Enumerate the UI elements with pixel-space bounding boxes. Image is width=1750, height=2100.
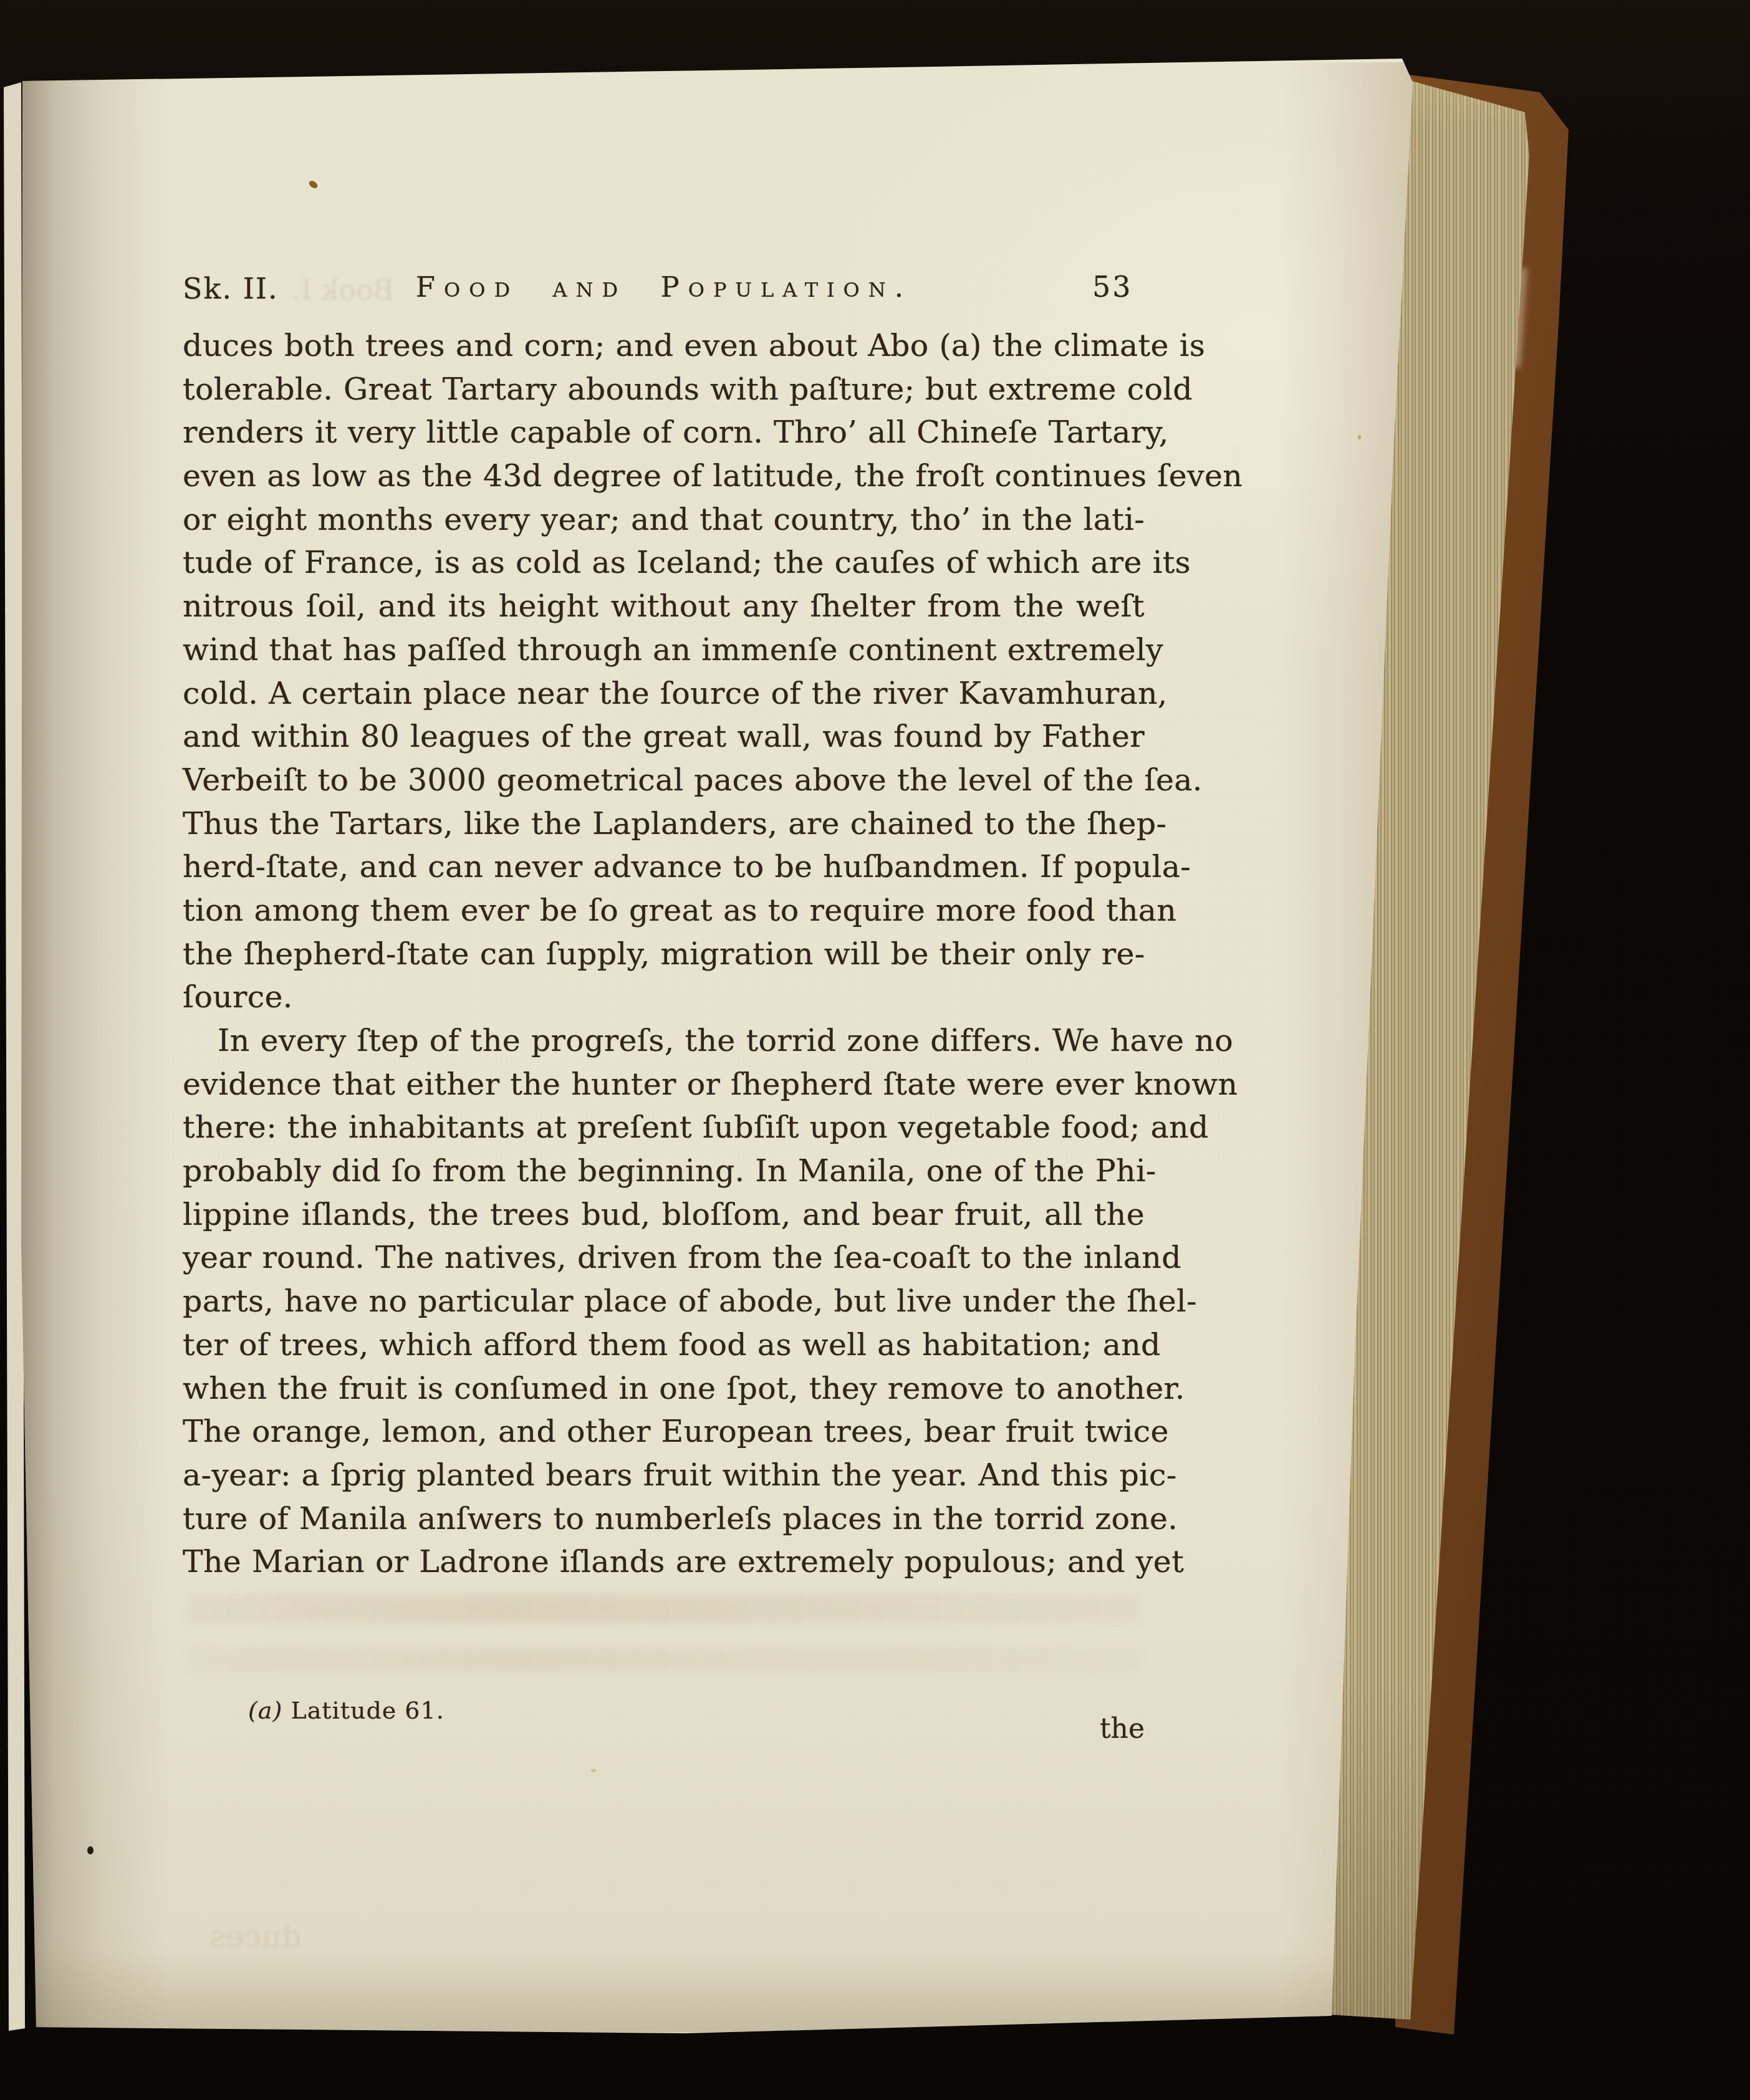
text-line: Verbeiſt to be 3000 geometrical paces ab… — [183, 759, 1145, 802]
text-line: a-year: a ſprig planted bears fruit with… — [183, 1454, 1145, 1497]
text-line: The orange, lemon, and other European tr… — [183, 1410, 1145, 1454]
paper-speck — [307, 180, 319, 190]
header-page-number: 53 — [1092, 270, 1133, 304]
text-line: renders it very little capable of corn. … — [183, 411, 1145, 454]
text-line: even as low as the 43d degree of latitud… — [183, 454, 1145, 498]
text-line: and within 80 leagues of the great wall,… — [183, 715, 1145, 759]
text-line: nitrous ſoil, and its height without any… — [183, 585, 1145, 628]
text-line: wind that has paſſed through an immenſe … — [183, 628, 1145, 672]
gutter-shadow — [21, 69, 171, 2038]
header-section-label: Sk. II. — [183, 272, 279, 305]
text-line: lippine iſlands, the trees bud, bloſſom,… — [183, 1193, 1145, 1237]
text-line: probably did ſo from the beginning. In M… — [183, 1149, 1145, 1193]
text-line: when the fruit is conſumed in one ſpot, … — [183, 1367, 1145, 1411]
text-line: or eight months every year; and that cou… — [183, 498, 1145, 542]
text-line: tolerable. Great Tartary abounds with pa… — [183, 368, 1145, 411]
text-line: parts, have no particular place of abode… — [183, 1280, 1145, 1323]
text-line: ter of trees, which afford them food as … — [183, 1323, 1145, 1367]
text-line: herd-ſtate, and can never advance to be … — [183, 845, 1145, 889]
show-through-blur — [187, 1647, 1141, 1672]
footnote: (a) Latitude 61. — [248, 1697, 445, 1724]
text-line: duces both trees and corn; and even abou… — [183, 324, 1145, 368]
text-line: tion among them ever be ſo great as to r… — [183, 889, 1145, 933]
body-text: duces both trees and corn; and even abou… — [183, 324, 1145, 1584]
book-photo: Book I. duces Sk. II. Food and Populatio… — [0, 0, 1750, 2100]
paper-speck — [87, 1846, 94, 1854]
paper-speck — [591, 1769, 596, 1772]
header-title: Food and Population. — [374, 271, 954, 304]
show-through-blur — [187, 1594, 1141, 1623]
text-line: tude of France, is as cold as Iceland; t… — [183, 541, 1145, 585]
footnote-marker: (a) — [248, 1697, 282, 1724]
page-bottom-shading — [25, 1951, 1384, 2032]
text-line: year round. The natives, driven from the… — [183, 1236, 1145, 1280]
text-line: cold. A certain place near the ſource of… — [183, 672, 1145, 716]
text-line: Thus the Tartars, like the Laplanders, a… — [183, 802, 1145, 846]
text-line: ture of Manila anſwers to numberleſs pla… — [183, 1497, 1145, 1541]
paper-speck — [1358, 435, 1361, 439]
show-through-text: duces — [209, 1919, 301, 1955]
text-line: evidence that either the hunter or ſheph… — [183, 1063, 1145, 1106]
text-line: there: the inhabitants at preſent ſubſiſ… — [183, 1106, 1145, 1149]
text-line: ſource. — [183, 976, 1145, 1019]
text-line: The Marian or Ladrone iſlands are extrem… — [183, 1540, 1145, 1584]
text-line: the ſhepherd-ſtate can ſupply, migration… — [183, 933, 1145, 976]
footnote-text: Latitude 61. — [291, 1697, 444, 1724]
text-line: In every ſtep of the progreſs, the torri… — [183, 1019, 1145, 1063]
catchword: the — [1054, 1713, 1145, 1745]
